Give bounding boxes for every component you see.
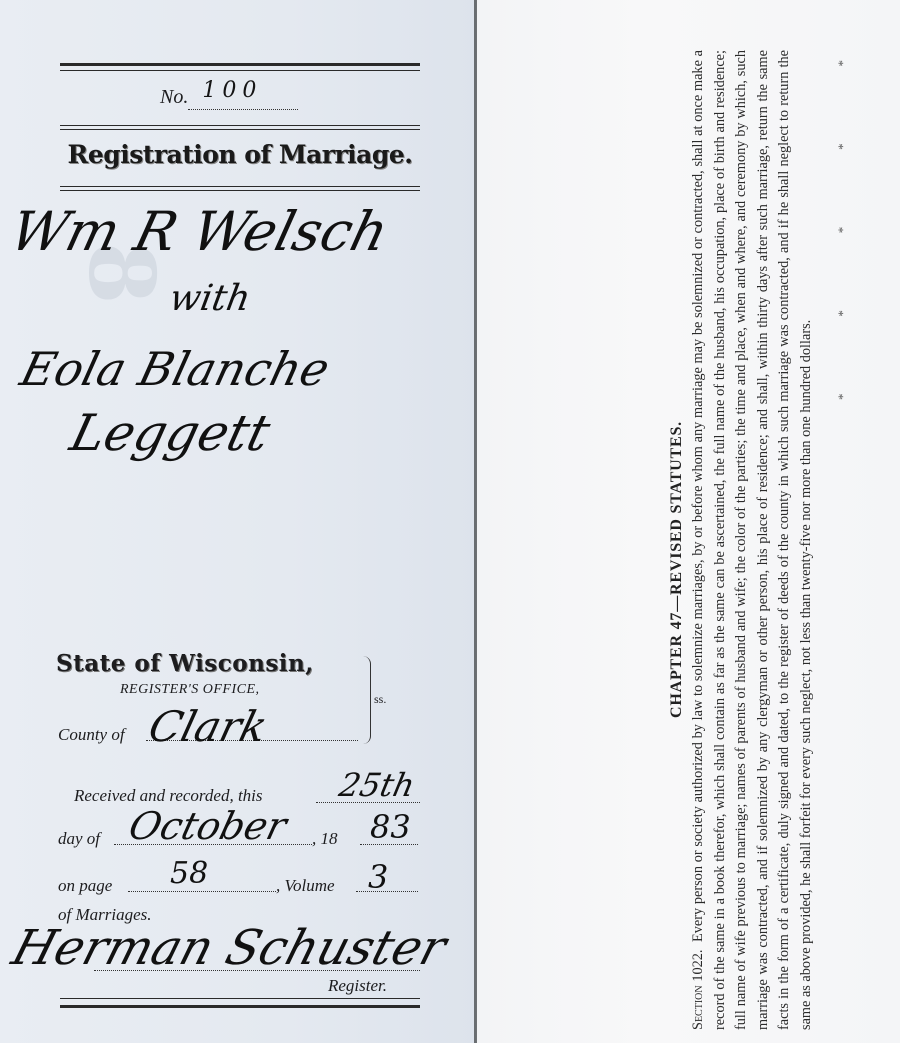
bottom-rule-thin [60,998,420,999]
rule-below-title-2 [60,190,420,191]
volume-label: , Volume [276,876,335,896]
asterisk: * [835,394,851,401]
asterisk: * [835,227,851,234]
signature-field [94,970,420,971]
received-day-value: 25th [336,766,418,804]
state-heading: State of Wisconsin, [56,650,314,677]
number-label: No. [160,86,188,108]
volume-value: 3 [368,858,388,896]
bottom-rule-thick [60,1005,420,1008]
year-prefix: , 18 [312,829,338,849]
ellipsis-asterisks: * * * * * [835,60,851,400]
register-signature: Herman Schuster [6,920,452,976]
ss-mark: ss. [374,692,386,707]
connector-with: with [166,278,253,319]
asterisk: * [835,143,851,150]
section-label: Section 1022. [690,949,706,1030]
bride-first-name: Eola Blanche [15,342,335,396]
day-of-label: day of [58,829,100,849]
statute-text: Section 1022. Every person or society au… [688,50,818,1030]
top-rule-thin [60,70,420,71]
rule-above-title-2 [60,129,420,130]
number-value: 100 [202,78,262,103]
page-field [128,891,276,892]
register-office: REGISTER'S OFFICE, [120,682,260,698]
rule-above-title [60,125,420,126]
statute-heading: CHAPTER 47—REVISED STATUTES. [668,338,686,718]
bride-last-name: Leggett [65,404,276,462]
page-fold [474,0,477,1043]
asterisk: * [835,310,851,317]
groom-name: Wm R Welsch [4,200,394,263]
number-field: 100 [188,86,298,110]
brace [360,656,371,744]
form-title: Registration of Marriage. [60,140,420,169]
rule-below-title [60,186,420,187]
page-value: 58 [170,856,208,891]
asterisk: * [835,60,851,67]
top-rule-thick [60,63,420,66]
county-label: County of [58,725,125,745]
county-value: Clark [144,702,272,751]
record-number: No.100 [160,86,298,110]
received-label: Received and recorded, this [74,786,263,806]
on-page-label: on page [58,876,112,896]
register-label: Register. [328,976,387,996]
month-value: October [125,804,292,848]
year-value: 83 [370,808,411,846]
statute-body: Every person or society authorized by la… [690,50,814,1030]
